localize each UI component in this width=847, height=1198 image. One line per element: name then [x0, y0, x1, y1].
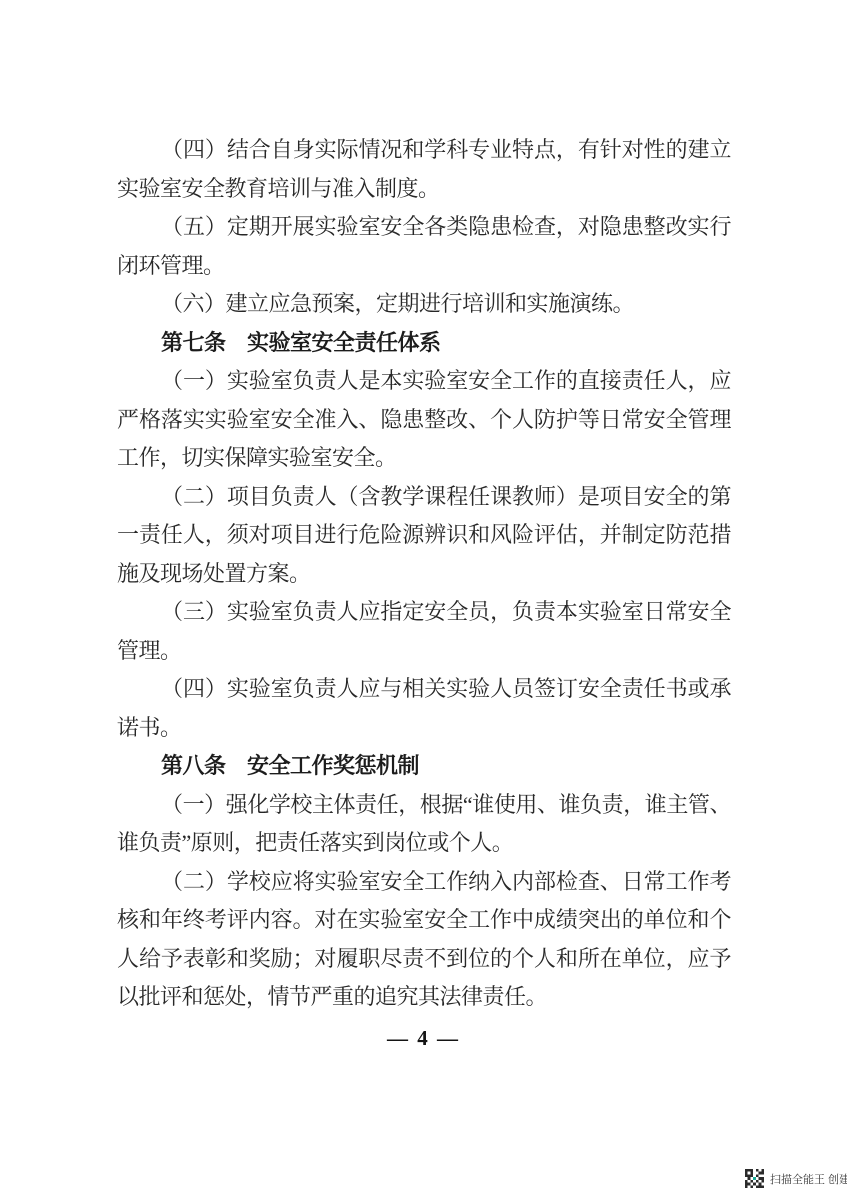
document-line: 人给予表彰和奖励；对履职尽责不到位的个人和所在单位，应予	[117, 940, 731, 979]
document-line: 核和年终考评内容。对在实验室安全工作中成绩突出的单位和个	[117, 901, 731, 940]
document-line: （六）建立应急预案，定期进行培训和实施演练。	[117, 285, 731, 324]
document-line: （三）实验室负责人应指定安全员，负责本实验室日常安全	[117, 593, 731, 632]
document-line: 一责任人，须对项目进行危险源辨识和风险评估，并制定防范措	[117, 516, 731, 555]
document-line: （二）学校应将实验室安全工作纳入内部检查、日常工作考	[117, 863, 731, 902]
document-line: 工作，切实保障实验室安全。	[117, 439, 731, 478]
document-line: （一）实验室负责人是本实验室安全工作的直接责任人，应	[117, 362, 731, 401]
scanner-watermark: 扫描全能王 创建	[745, 1169, 847, 1188]
document-line: 严格落实实验室安全准入、隐患整改、个人防护等日常安全管理	[117, 401, 731, 440]
document-lines: （四）结合自身实际情况和学科专业特点，有针对性的建立实验室安全教育培训与准入制度…	[117, 131, 731, 1017]
document-line: （四）结合自身实际情况和学科专业特点，有针对性的建立	[117, 131, 731, 170]
document-line: 施及现场处置方案。	[117, 555, 731, 594]
document-line: 实验室安全教育培训与准入制度。	[117, 170, 731, 209]
document-line: （四）实验室负责人应与相关实验人员签订安全责任书或承	[117, 670, 731, 709]
article-heading: 第七条 实验室安全责任体系	[117, 324, 731, 363]
document-line: （五）定期开展实验室安全各类隐患检查，对隐患整改实行	[117, 208, 731, 247]
document-line: 以批评和惩处，情节严重的追究其法律责任。	[117, 978, 731, 1017]
document-line: 闭环管理。	[117, 247, 731, 286]
document-line: （二）项目负责人（含教学课程任课教师）是项目安全的第	[117, 478, 731, 517]
article-heading: 第八条 安全工作奖惩机制	[117, 747, 731, 786]
document-line: 诺书。	[117, 709, 731, 748]
document-line: 管理。	[117, 632, 731, 671]
scanner-credit-label: 扫描全能王 创建	[770, 1171, 847, 1187]
document-page: （四）结合自身实际情况和学科专业特点，有针对性的建立实验室安全教育培训与准入制度…	[0, 0, 847, 1198]
document-line: 谁负责”原则，把责任落实到岗位或个人。	[117, 824, 731, 863]
document-line: （一）强化学校主体责任，根据“谁使用、谁负责，谁主管、	[117, 786, 731, 825]
page-number: — 4 —	[0, 1026, 847, 1051]
qr-code-icon	[745, 1169, 764, 1188]
